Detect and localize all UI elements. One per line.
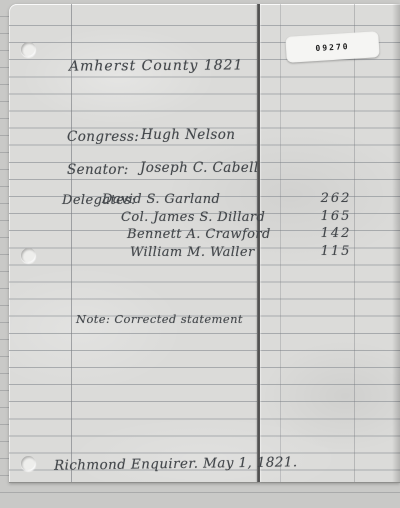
faint-vertical-rule	[280, 4, 281, 482]
senator-label: Senator:	[67, 162, 129, 178]
delegate-name: Bennett A. Crawford	[127, 227, 271, 242]
page-title: Amherst County 1821	[69, 57, 244, 74]
punch-hole-bottom	[21, 456, 36, 471]
punch-hole-middle	[21, 248, 36, 263]
delegate-votes: 115	[316, 244, 356, 259]
source-citation: Richmond Enquirer. May 1, 1821.	[54, 454, 298, 473]
congress-label: Congress:	[67, 129, 139, 145]
delegate-name: David S. Garland	[102, 192, 220, 207]
punch-hole-top	[21, 42, 36, 57]
delegate-votes: 262	[316, 191, 356, 206]
delegate-name: William M. Waller	[130, 245, 255, 260]
scanned-ledger-photo: 09270 Amherst County 1821 Congress: Hugh…	[0, 0, 400, 508]
page-crease-line	[257, 4, 260, 482]
margin-rule	[71, 4, 72, 482]
congress-name: Hugh Nelson	[141, 127, 235, 143]
senator-name: Joseph C. Cabell	[140, 160, 259, 176]
delegate-votes: 142	[316, 226, 356, 241]
page-edge-shadow	[392, 4, 400, 482]
delegate-name: Col. James S. Dillard	[121, 210, 265, 225]
faint-vertical-rule	[354, 4, 355, 482]
note-line: Note: Corrected statement	[76, 312, 243, 326]
catalog-number: 09270	[315, 41, 350, 52]
delegate-votes: 165	[316, 209, 356, 224]
